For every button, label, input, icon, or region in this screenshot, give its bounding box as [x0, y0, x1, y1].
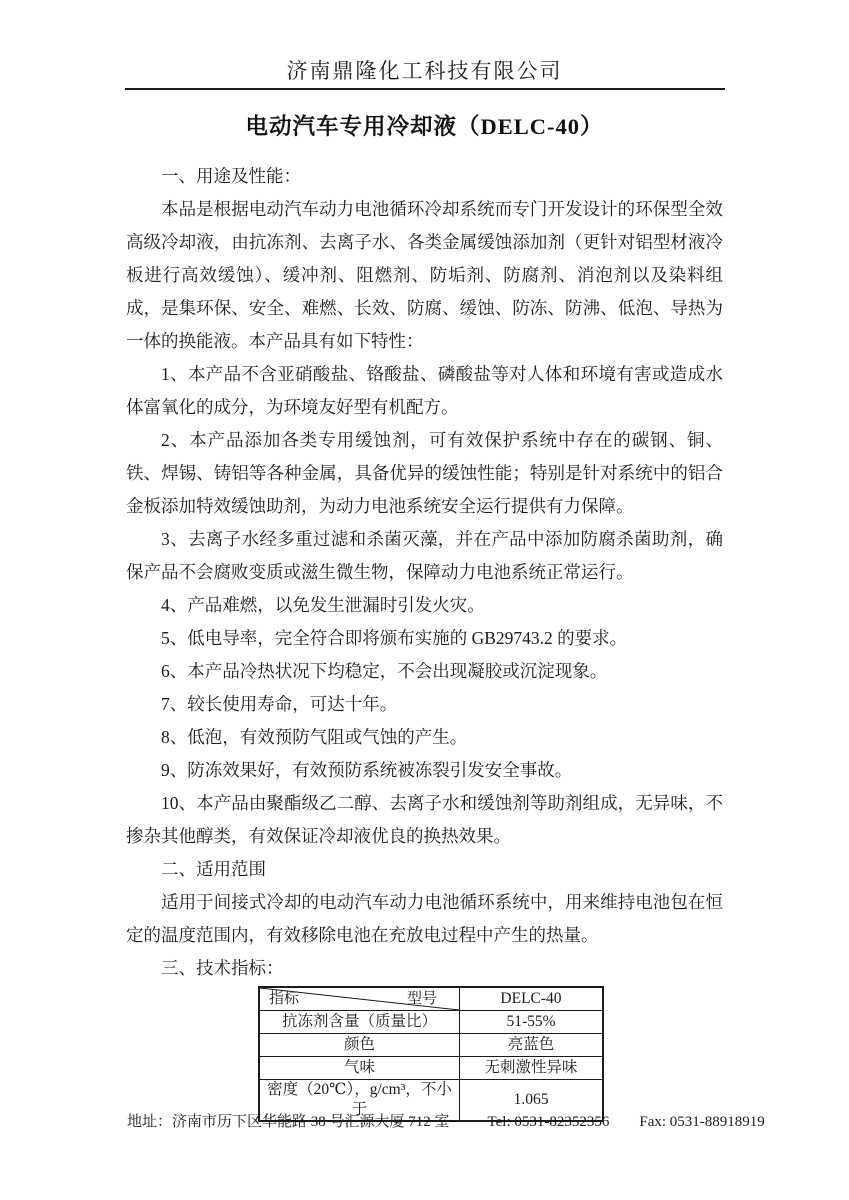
table-row: 气味 无刺激性异味: [259, 1057, 603, 1080]
table-header-row: 指标 型号 DELC-40: [259, 987, 603, 1011]
feature-item: 2、本产品添加各类专用缓蚀剂，可有效保护系统中存在的碳钢、铜、铁、焊锡、铸铝等各…: [126, 424, 723, 523]
spec-label-cell: 抗冻剂含量（质量比）: [259, 1011, 460, 1034]
section-heading-specs: 三、技术指标：: [126, 952, 723, 985]
corner-row-label: 指标: [269, 989, 299, 1009]
feature-item: 6、本产品冷热状况下均稳定，不会出现凝胶或沉淀现象。: [126, 655, 723, 688]
document-page: 济南鼎隆化工科技有限公司 电动汽车专用冷却液（DELC-40） 一、用途及性能：…: [0, 0, 849, 1200]
document-body: 一、用途及性能： 本品是根据电动汽车动力电池循环冷却系统而专门开发设计的环保型全…: [126, 160, 723, 1122]
document-title: 电动汽车专用冷却液（DELC-40）: [0, 112, 849, 142]
feature-item: 9、防冻效果好，有效预防系统被冻裂引发安全事故。: [126, 754, 723, 787]
corner-header-cell: 指标 型号: [259, 987, 460, 1011]
model-header-cell: DELC-40: [460, 987, 604, 1011]
spec-label-cell: 气味: [259, 1057, 460, 1080]
scope-paragraph: 适用于间接式冷却的电动汽车动力电池循环系统中，用来维持电池包在恒定的温度范围内，…: [126, 886, 723, 952]
company-name: 济南鼎隆化工科技有限公司: [0, 0, 849, 85]
table-row: 颜色 亮蓝色: [259, 1034, 603, 1057]
footer: 地址：济南市历下区华能路 38 号汇源大厦 712 室Tel: 0531-823…: [127, 1112, 767, 1133]
section-heading-usage: 一、用途及性能：: [126, 160, 723, 193]
footer-fax: Fax: 0531-88918919: [639, 1114, 764, 1130]
feature-item: 8、低泡，有效预防气阻或气蚀的产生。: [126, 721, 723, 754]
feature-item: 1、本产品不含亚硝酸盐、铬酸盐、磷酸盐等对人体和环境有害或造成水体富氧化的成分，…: [126, 358, 723, 424]
feature-item: 3、去离子水经多重过滤和杀菌灭藻，并在产品中添加防腐杀菌助剂，确保产品不会腐败变…: [126, 523, 723, 589]
spec-value-cell: 亮蓝色: [460, 1034, 604, 1057]
feature-item: 7、较长使用寿命，可达十年。: [126, 688, 723, 721]
feature-item: 4、产品难燃，以免发生泄漏时引发火灾。: [126, 589, 723, 622]
corner-col-label: 型号: [407, 989, 437, 1009]
spec-value-cell: 51-55%: [460, 1011, 604, 1034]
footer-address: 地址：济南市历下区华能路 38 号汇源大厦 712 室: [127, 1114, 450, 1130]
feature-item: 5、低电导率，完全符合即将颁布实施的 GB29743.2 的要求。: [126, 622, 723, 655]
header-rule: [125, 88, 725, 90]
feature-item: 10、本产品由聚酯级乙二醇、去离子水和缓蚀剂等助剂组成，无异味，不掺杂其他醇类，…: [126, 787, 723, 853]
footer-tel: Tel: 0531-82352356: [488, 1114, 610, 1130]
usage-intro-paragraph: 本品是根据电动汽车动力电池循环冷却系统而专门开发设计的环保型全效高级冷却液，由抗…: [126, 193, 723, 358]
table-row: 抗冻剂含量（质量比） 51-55%: [259, 1011, 603, 1034]
spec-label-cell: 颜色: [259, 1034, 460, 1057]
spec-table: 指标 型号 DELC-40 抗冻剂含量（质量比） 51-55% 颜色 亮蓝色 气…: [258, 986, 604, 1122]
spec-value-cell: 无刺激性异味: [460, 1057, 604, 1080]
section-heading-scope: 二、适用范围: [126, 853, 723, 886]
